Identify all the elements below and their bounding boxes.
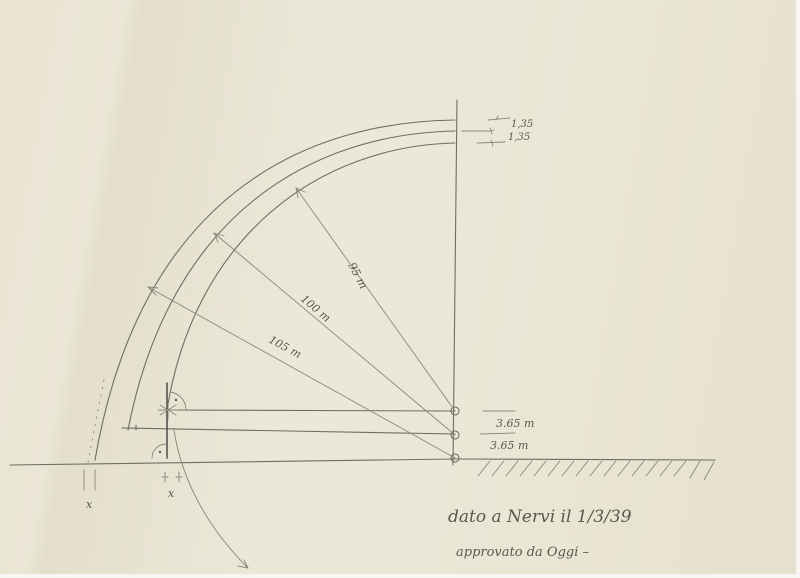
spacing-tick-1 [488,116,510,120]
arc-inner-95 [167,143,455,410]
radius-label-95: 95 m [345,260,370,291]
right-angle-arc-2 [152,444,166,458]
note-line-1: dato a Nervi il 1/3/39 [448,507,632,527]
spacing-label-top-2: 1,35 [508,132,530,143]
note-line-2: approvato da Oggi – [456,545,590,560]
dotted-line [88,380,104,462]
marker-label-x-left: x [86,498,93,511]
x-marker-ticks-right [162,472,182,482]
right-angle-dot-2 [159,451,161,453]
radius-label-105: 105 m [267,333,304,361]
spacing-label-bottom-1: 3.65 m [496,417,534,430]
radius-label-100: 100 m [298,292,333,324]
radius-line-100 [214,233,455,435]
base-line-inner [167,410,455,411]
arc-middle-100 [128,131,455,430]
radius-line-105 [148,287,455,458]
spacing-label-bottom-2: 3.65 m [490,439,528,452]
right-angle-dot-1 [175,399,177,401]
x-marker-ticks-left [84,470,95,490]
sketch-canvas: 95 m 100 m 105 m 1,35 1,35 3.65 m 3.65 m… [0,0,800,578]
base-line-middle [122,428,455,434]
arc-outer-105 [95,120,455,460]
radius-line-95 [296,188,455,411]
spacing-tick-2 [462,128,494,134]
marker-label-x-right: x [168,487,175,500]
star-marker-icon [158,400,178,420]
spacing-tick-3 [477,140,505,146]
ground-hatching [478,461,714,480]
sweep-curve [174,430,248,568]
spacing-label-top-1: 1,35 [511,119,533,130]
ground-line [10,459,715,465]
spacing-line-bottom-2 [480,433,515,434]
